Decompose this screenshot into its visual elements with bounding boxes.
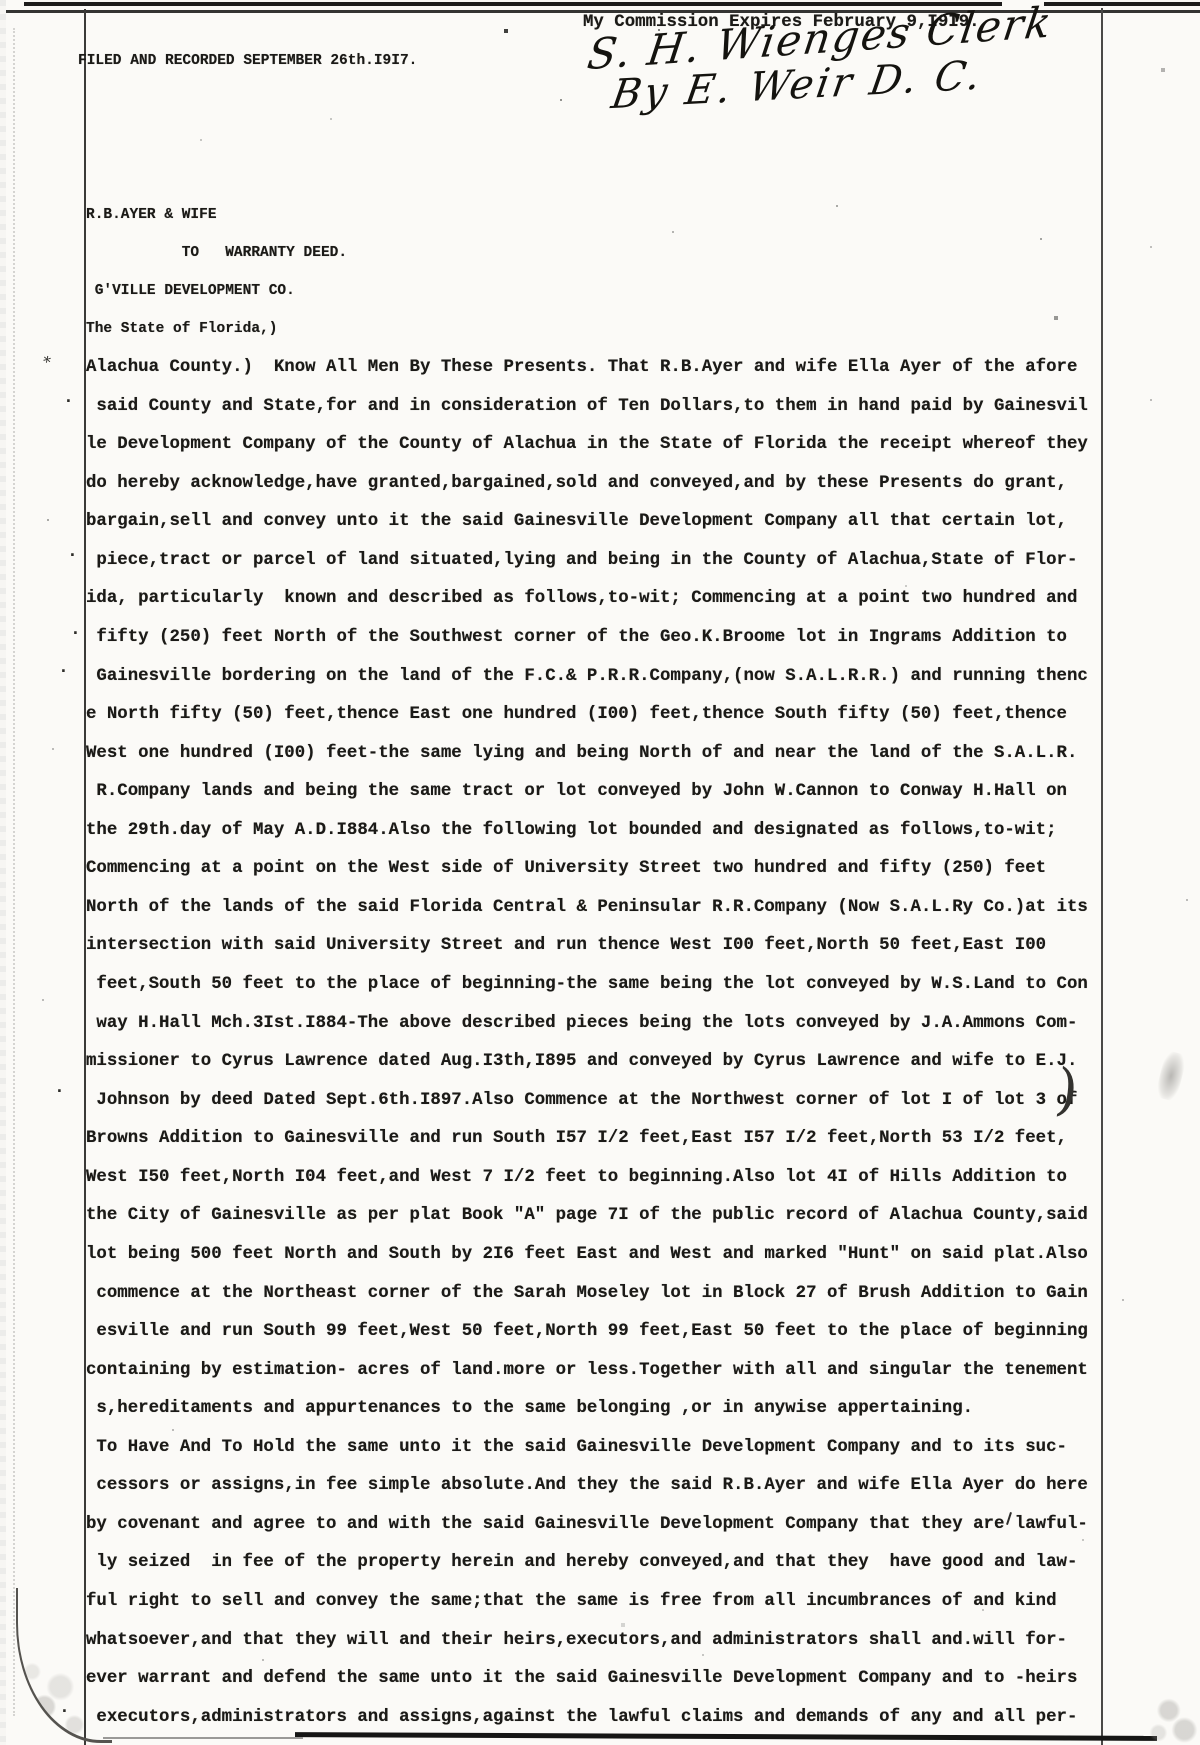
document-line: R.Company lands and being the same tract… (86, 773, 1088, 812)
document-line: said County and State,for and in conside… (86, 388, 1088, 427)
right-margin-rule (1101, 8, 1103, 1745)
deed-body-text: Alachua County.) Know All Men By These P… (86, 349, 1088, 1737)
document-line: do hereby acknowledge,have granted,barga… (86, 465, 1088, 504)
document-line: the City of Gainesville as per plat Book… (86, 1197, 1088, 1236)
document-line: e North fifty (50) feet,thence East one … (86, 696, 1088, 735)
document-line: the 29th.day of May A.D.I884.Also the fo… (86, 812, 1088, 851)
margin-dot: . (70, 620, 81, 640)
deed-caption-block: R.B.AYER & WIFE TO WARRANTY DEED. G'VILL… (86, 196, 347, 348)
document-line: bargain,sell and convey unto it the said… (86, 503, 1088, 542)
scan-smudge (1155, 1050, 1188, 1102)
document-line: West one hundred (I00) feet-the same lyi… (86, 735, 1088, 774)
margin-dot: . (63, 388, 74, 408)
document-line: R.B.AYER & WIFE (86, 196, 347, 234)
document-line: piece,tract or parcel of land situated,l… (86, 542, 1088, 581)
document-line: G'VILLE DEVELOPMENT CO. (86, 272, 347, 310)
margin-dot: . (58, 658, 69, 678)
document-line: ever warrant and defend the same unto it… (86, 1660, 1088, 1699)
document-line: North of the lands of the said Florida C… (86, 889, 1088, 928)
document-line: missioner to Cyrus Lawrence dated Aug.I3… (86, 1043, 1088, 1082)
document-line: executors,administrators and assigns,aga… (86, 1699, 1088, 1738)
document-line: ida, particularly known and described as… (86, 580, 1088, 619)
filed-recorded-stamp: FILED AND RECORDED SEPTEMBER 26th.I9I7. (78, 52, 417, 70)
document-line: way H.Hall Mch.3Ist.I884-The above descr… (86, 1005, 1088, 1044)
scan-edge-strip (0, 0, 6, 1745)
document-line: fifty (250) feet North of the Southwest … (86, 619, 1088, 658)
document-line: by covenant and agree to and with the sa… (86, 1506, 1088, 1545)
document-line: s,hereditaments and appurtenances to the… (86, 1390, 1088, 1429)
document-line: le Development Company of the County of … (86, 426, 1088, 465)
document-line: Gainesville bordering on the land of the… (86, 658, 1088, 697)
document-line: ly seized in fee of the property herein … (86, 1544, 1088, 1583)
document-line: containing by estimation- acres of land.… (86, 1352, 1088, 1391)
document-line: To Have And To Hold the same unto it the… (86, 1429, 1088, 1468)
scan-edge-dotted-line (13, 28, 15, 1716)
document-line: TO WARRANTY DEED. (86, 234, 347, 272)
document-line: Alachua County.) Know All Men By These P… (86, 349, 1088, 388)
document-line: Commencing at a point on the West side o… (86, 850, 1088, 889)
document-line: intersection with said University Street… (86, 927, 1088, 966)
margin-dot: . (67, 542, 78, 562)
scanned-document-page: My Commission Expires February 9,I9I9. F… (0, 0, 1200, 1745)
margin-dot: . (54, 1078, 65, 1098)
document-line: lot being 500 feet North and South by 2I… (86, 1236, 1088, 1275)
document-line: feet,South 50 feet to the place of begin… (86, 966, 1088, 1005)
document-line: esville and run South 99 feet,West 50 fe… (86, 1313, 1088, 1352)
document-line: Browns Addition to Gainesville and run S… (86, 1120, 1088, 1159)
margin-dot: . (59, 1698, 70, 1718)
document-line: ful right to sell and convey the same;th… (86, 1583, 1088, 1622)
document-line: The State of Florida,) (86, 310, 347, 348)
document-line: whatsoever,and that they will and their … (86, 1622, 1088, 1661)
scan-noise-patch (1148, 1688, 1200, 1744)
document-line: West I50 feet,North I04 feet,and West 7 … (86, 1159, 1088, 1198)
document-line: cessors or assigns,in fee simple absolut… (86, 1467, 1088, 1506)
page-bottom-edge-faint (103, 1737, 303, 1739)
margin-asterisk-mark: ∗ (40, 349, 54, 369)
document-line: Johnson by deed Dated Sept.6th.I897.Also… (86, 1082, 1088, 1121)
scan-speckles (0, 0, 2, 2)
document-line: commence at the Northeast corner of the … (86, 1275, 1088, 1314)
